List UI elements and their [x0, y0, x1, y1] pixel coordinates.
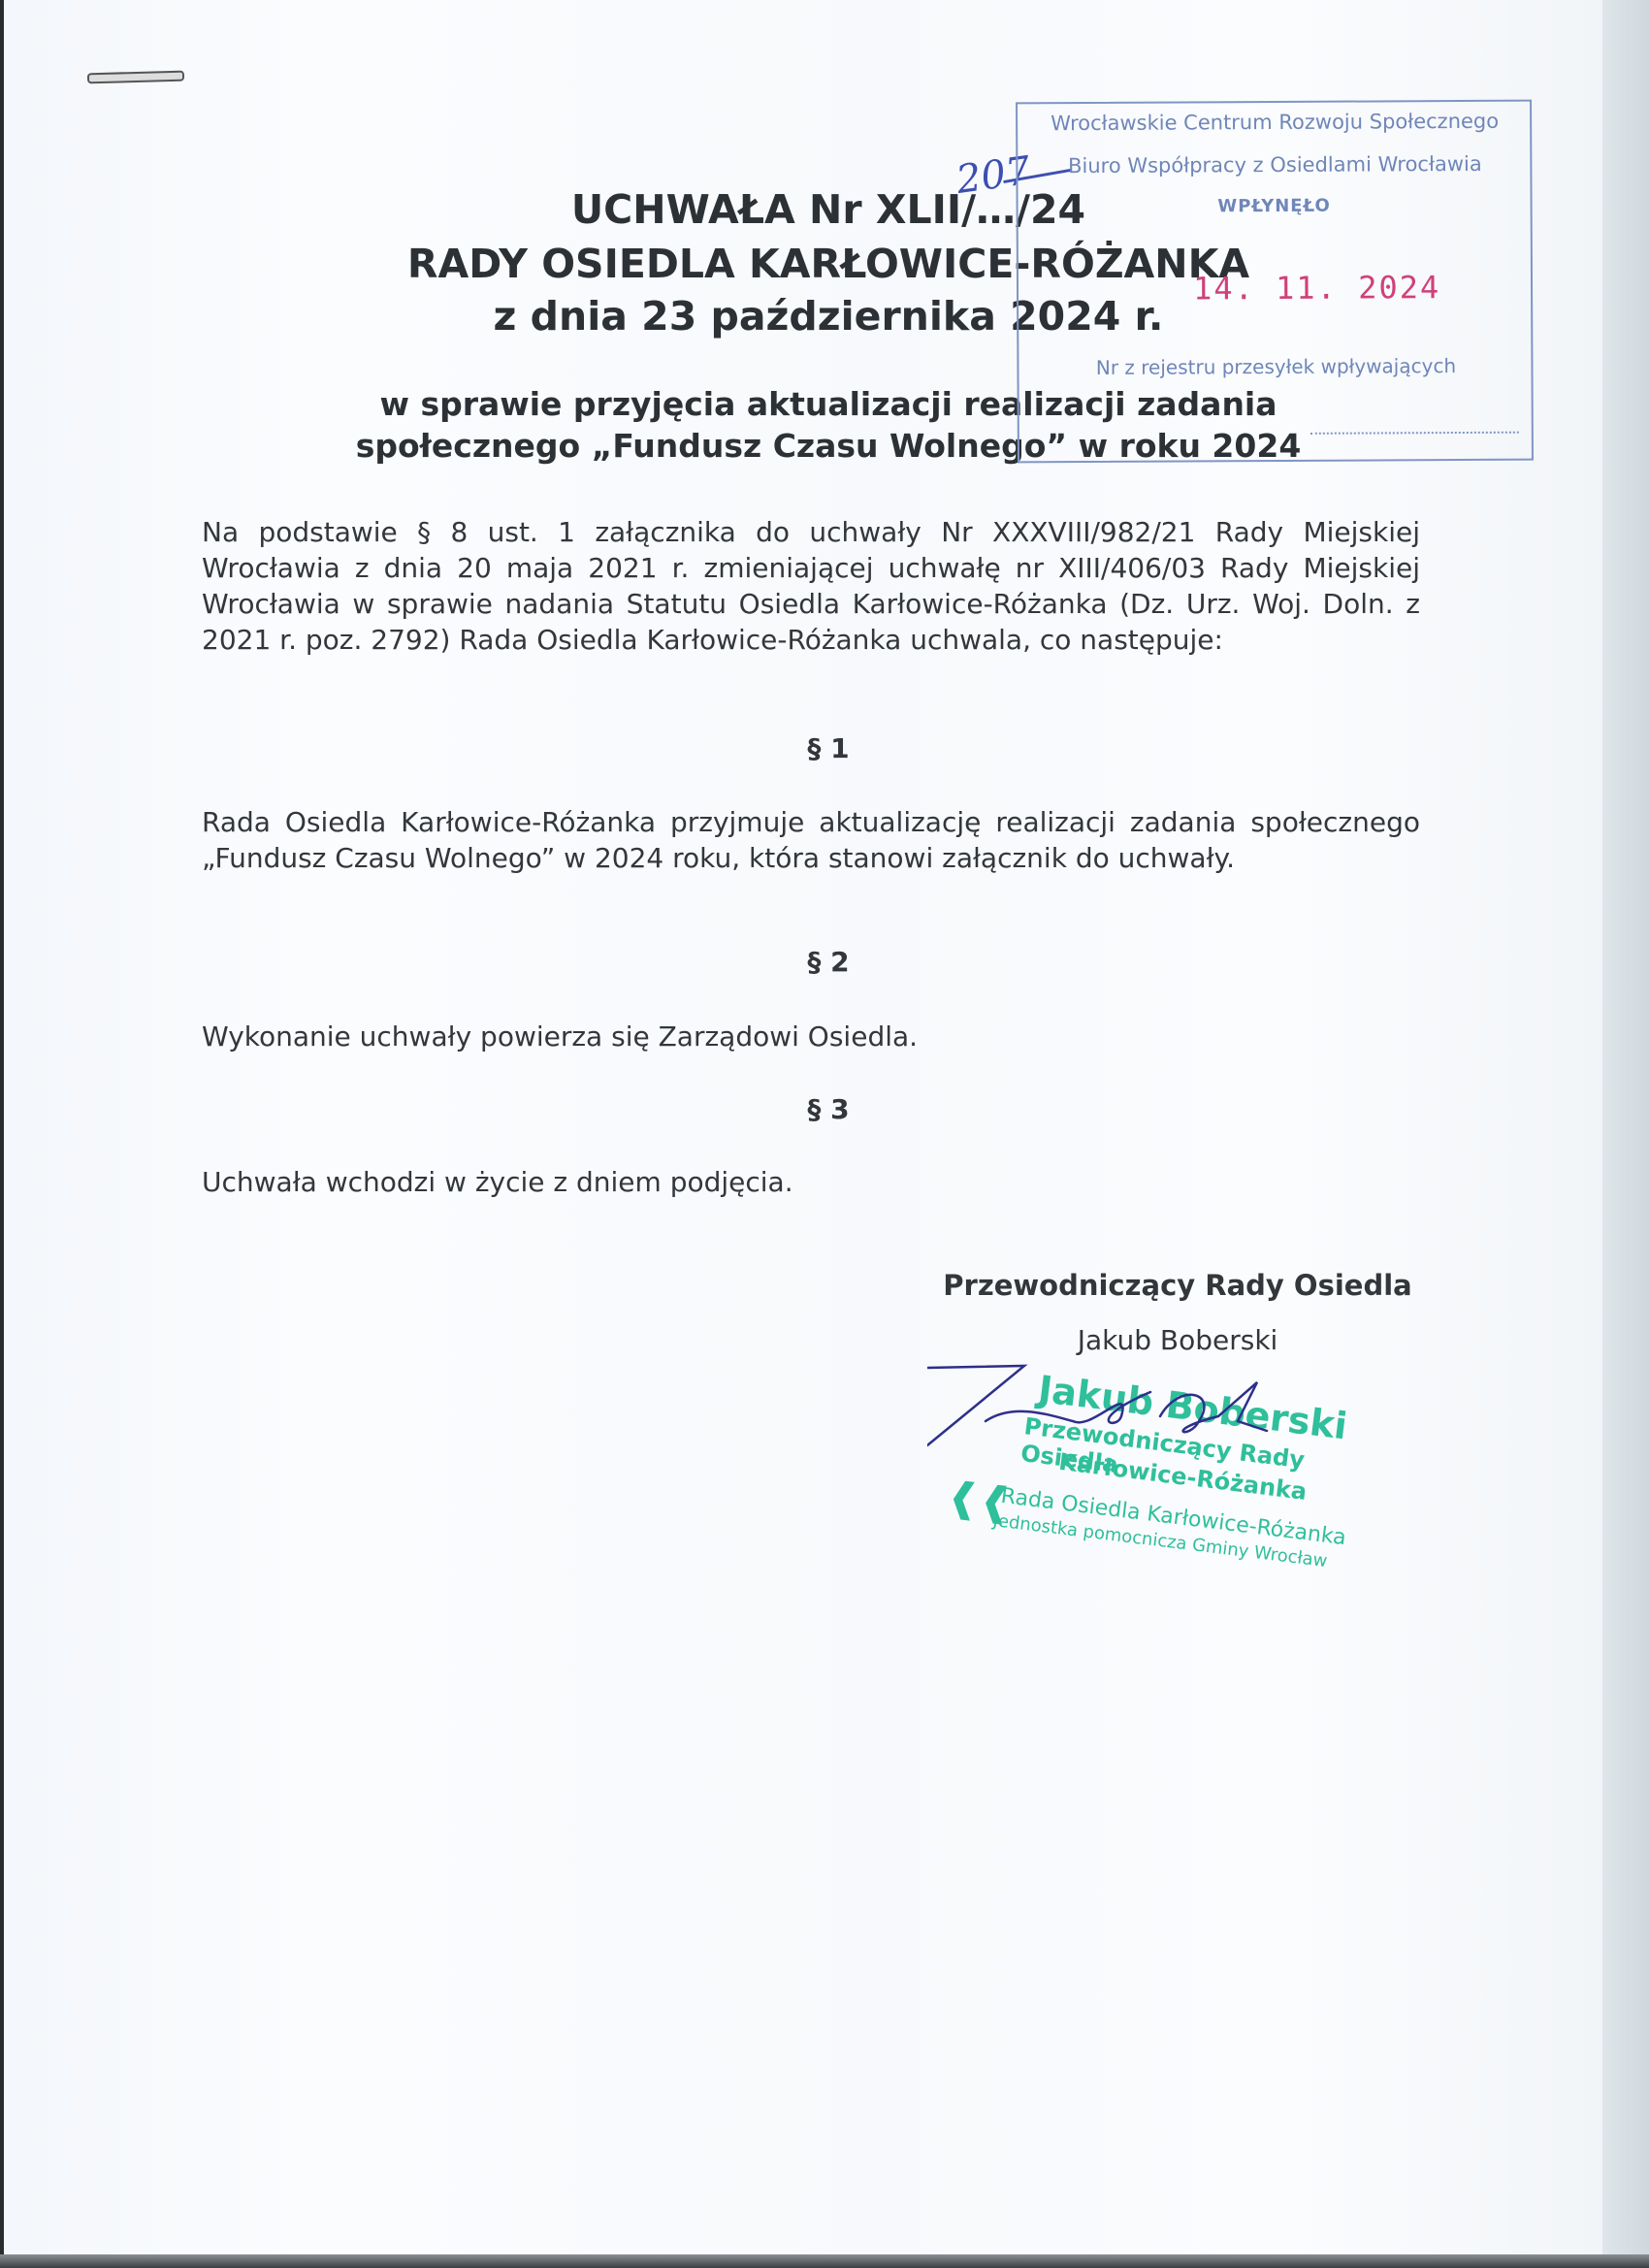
scan-edge-shadow [1602, 0, 1649, 2254]
paragraph-sign-1: § 1 [198, 732, 1459, 764]
paragraph-sign-3: § 3 [198, 1093, 1459, 1125]
registry-stamp-received: WPŁYNĘŁO [1018, 195, 1531, 218]
registry-stamp-date: 14. 11. 2024 [1193, 269, 1440, 307]
registry-stamp-register-label: Nr z rejestru przesyłek wpływających [1038, 354, 1513, 380]
paragraph-text-1: Rada Osiedla Karłowice-Różanka przyjmuje… [202, 804, 1420, 876]
scan-bottom-edge [0, 2254, 1649, 2268]
paragraph-sign-2: § 2 [198, 946, 1459, 978]
registry-stamp-org: Wrocławskie Centrum Rozwoju Społecznego [1027, 110, 1522, 136]
signatory-title: Przewodniczący Rady Osiedla [916, 1269, 1439, 1302]
handwritten-signature [927, 1363, 1335, 1460]
registry-stamp-office: Biuro Współpracy z Osiedlami Wrocławia [1027, 152, 1522, 178]
registry-number-blank [1310, 432, 1519, 435]
registry-stamp: Wrocławskie Centrum Rozwoju Społecznego … [1016, 100, 1534, 464]
preamble: Na podstawie § 8 ust. 1 załącznika do uc… [202, 514, 1420, 658]
staple-mark [87, 71, 184, 84]
paragraph-text-2: Wykonanie uchwały powierza się Zarządowi… [202, 1019, 1420, 1054]
scanned-page: UCHWAŁA Nr XLII/…/24 RADY OSIEDLA KARŁOW… [4, 0, 1602, 2254]
paragraph-text-3: Uchwała wchodzi w życie z dniem podjęcia… [202, 1164, 1420, 1200]
signatory-name: Jakub Boberski [974, 1324, 1381, 1356]
